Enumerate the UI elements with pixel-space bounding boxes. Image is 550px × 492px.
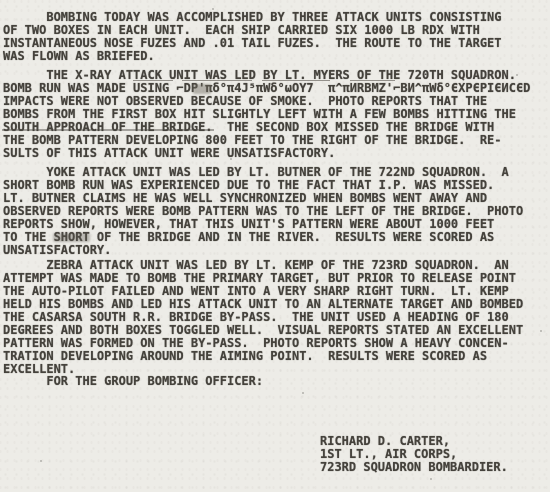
scan-artifact (350, 80, 395, 81)
scan-speck (516, 74, 518, 76)
scan-artifact (182, 80, 252, 81)
scan-artifact (262, 80, 330, 81)
scan-speck (212, 8, 214, 10)
scan-artifact (2, 129, 214, 131)
scan-speck (430, 478, 432, 480)
scan-artifact (133, 80, 173, 81)
scan-speck (230, 158, 232, 160)
paragraph-yoke-attack-unit: YOKE ATTACK UNIT WAS LED BY LT. BUTNER O… (3, 166, 523, 257)
signature-block: RICHARD D. CARTER, 1ST LT., AIR CORPS, 7… (320, 435, 508, 474)
scan-smudge (53, 233, 90, 242)
scanned-document-page: BOMBING TODAY WAS ACCOMPLISHED BY THREE … (0, 0, 550, 492)
closing-line: FOR THE GROUP BOMBING OFFICER: (3, 375, 263, 388)
paragraph-zebra-attack-unit: ZEBRA ATTACK UNIT WAS LED BY LT. KEMP OF… (3, 259, 523, 376)
paragraph-bombing-summary: BOMBING TODAY WAS ACCOMPLISHED BY THREE … (3, 11, 502, 63)
scan-speck (28, 250, 30, 252)
scan-speck (302, 392, 304, 394)
scan-speck (40, 460, 42, 462)
paragraph-xray-attack-unit: THE X-RAY ATTACK UNIT WAS LED BY LT. MYE… (3, 69, 530, 160)
scan-speck (540, 330, 542, 332)
scan-smudge (193, 84, 211, 94)
